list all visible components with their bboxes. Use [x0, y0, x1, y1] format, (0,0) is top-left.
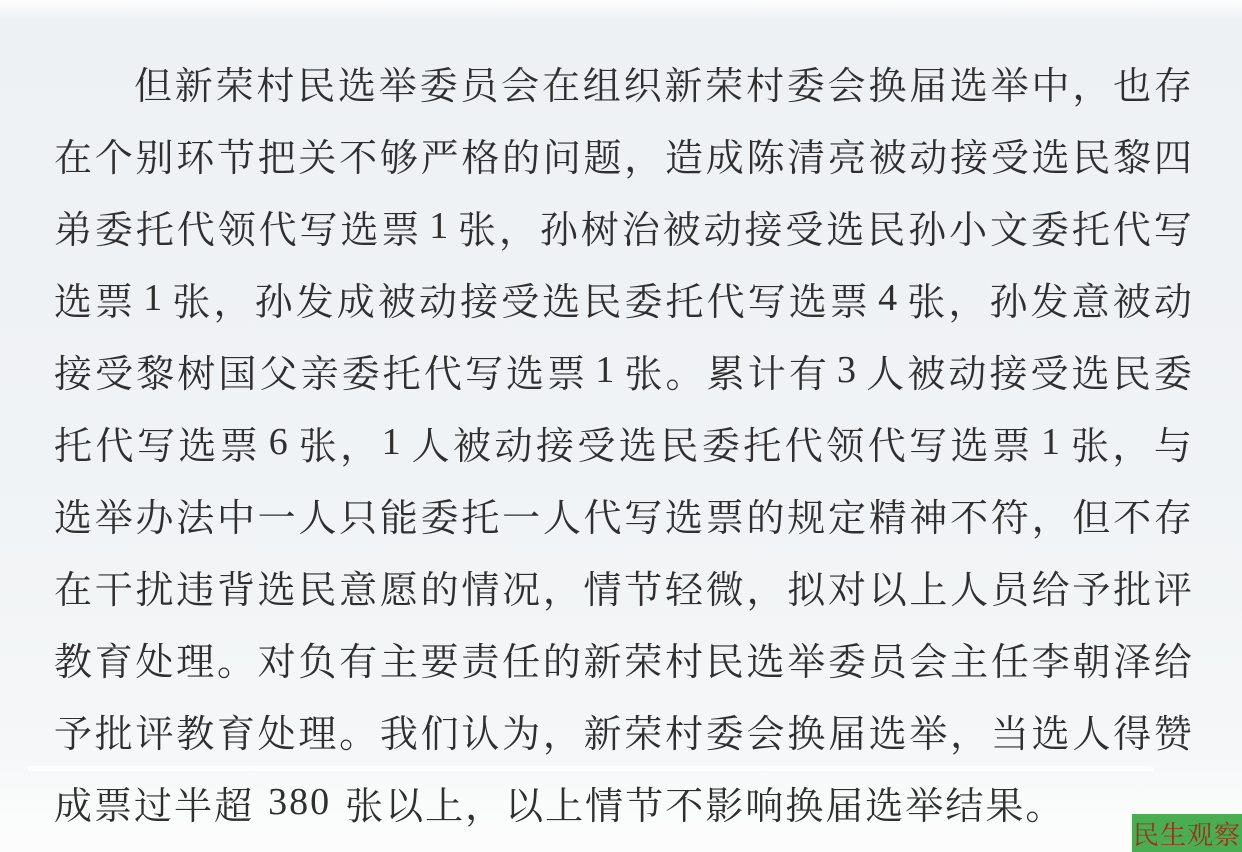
document-line: 成票过半超380张以上，以上情节不影响换届选举结果。 — [54, 766, 1192, 838]
document-text-block: 但新荣村民选举委员会在组织新荣村委会换届选举中，也存在个别环节把关不够严格的问题… — [54, 46, 1192, 838]
document-line: 予批评教育处理。我们认为，新荣村委会换届选举，当选人得赞 — [54, 694, 1192, 766]
document-line: 但新荣村民选举委员会在组织新荣村委会换届选举中，也存 — [54, 46, 1192, 118]
document-line: 在干扰违背选民意愿的情况，情节轻微，拟对以上人员给予批评 — [54, 550, 1192, 622]
document-line: 托代写选票6张，1人被动接受选民委托代领代写选票1张，与 — [54, 406, 1192, 478]
document-line: 接受黎树国父亲委托代写选票1张。累计有3人被动接受选民委 — [54, 334, 1192, 406]
scanned-document-page: 但新荣村民选举委员会在组织新荣村委会换届选举中，也存在个别环节把关不够严格的问题… — [0, 0, 1242, 852]
document-line: 选票1张，孙发成被动接受选民委托代写选票4张，孙发意被动 — [54, 262, 1192, 334]
document-line: 弟委托代领代写选票1张，孙树治被动接受选民孙小文委托代写 — [54, 190, 1192, 262]
document-line: 选举办法中一人只能委托一人代写选票的规定精神不符，但不存 — [54, 478, 1192, 550]
scan-artifact-streak — [28, 766, 1153, 771]
watermark-badge: 民生观察 — [1132, 814, 1242, 852]
watermark-label: 民生观察 — [1133, 815, 1241, 852]
document-line: 在个别环节把关不够严格的问题，造成陈清亮被动接受选民黎四 — [54, 118, 1192, 190]
document-line: 教育处理。对负有主要责任的新荣村民选举委员会主任李朝泽给 — [54, 622, 1192, 694]
